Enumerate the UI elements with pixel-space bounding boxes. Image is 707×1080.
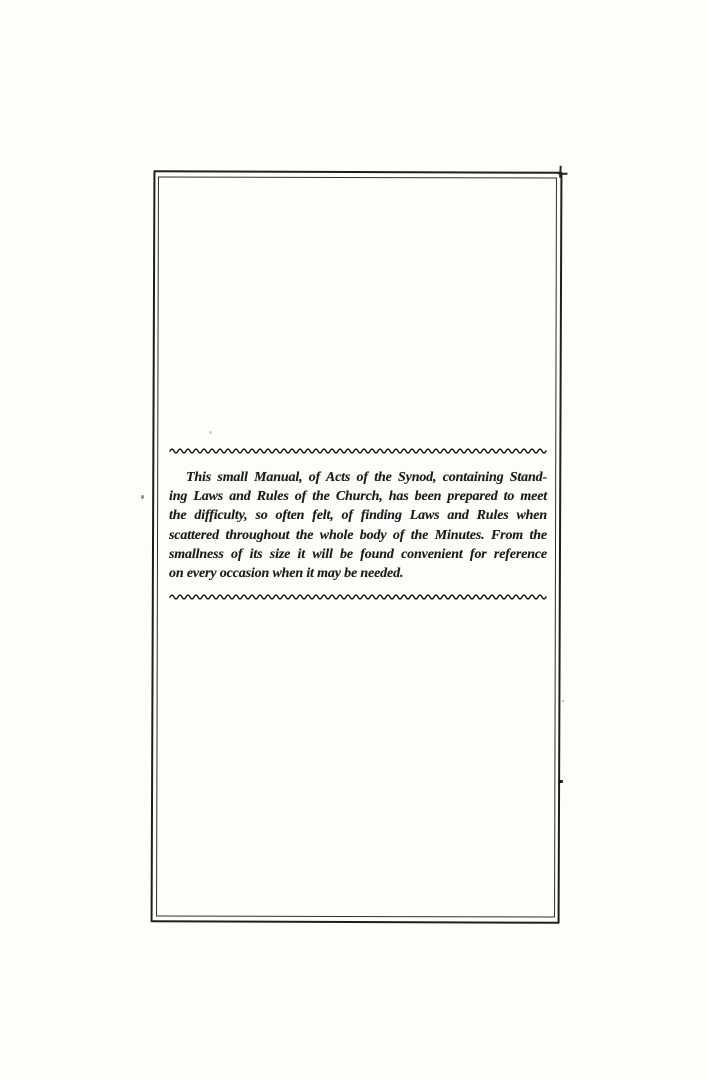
corner-overshoot-vertical [559,166,561,178]
scanned-page: This small Manual, of Acts of the Synod,… [0,0,707,1080]
preface-line-2: ing Laws and Rules of the Church, has be… [169,487,547,506]
wavy-rule-bottom [169,592,547,602]
corner-overshoot-horizontal [558,173,567,175]
preface-line-5: smallness of its size it will be found c… [169,545,547,564]
preface-line-3: the difficulty, so often felt, of findin… [169,506,547,525]
wavy-rule-top-path [170,449,546,453]
scan-speck [558,780,563,783]
wavy-rule-bottom-path [170,595,546,599]
scan-speck [141,495,144,499]
wavy-rule-top [169,446,547,456]
preface-line-4: scattered throughout the whole body of t… [169,526,547,545]
preface-line-1: This small Manual, of Acts of the Synod,… [169,468,547,487]
scan-speck [562,700,564,702]
preface-line-6: on every occasion when it may be needed. [169,564,547,583]
scan-speck [209,431,212,434]
preface-paragraph: This small Manual, of Acts of the Synod,… [169,468,547,583]
